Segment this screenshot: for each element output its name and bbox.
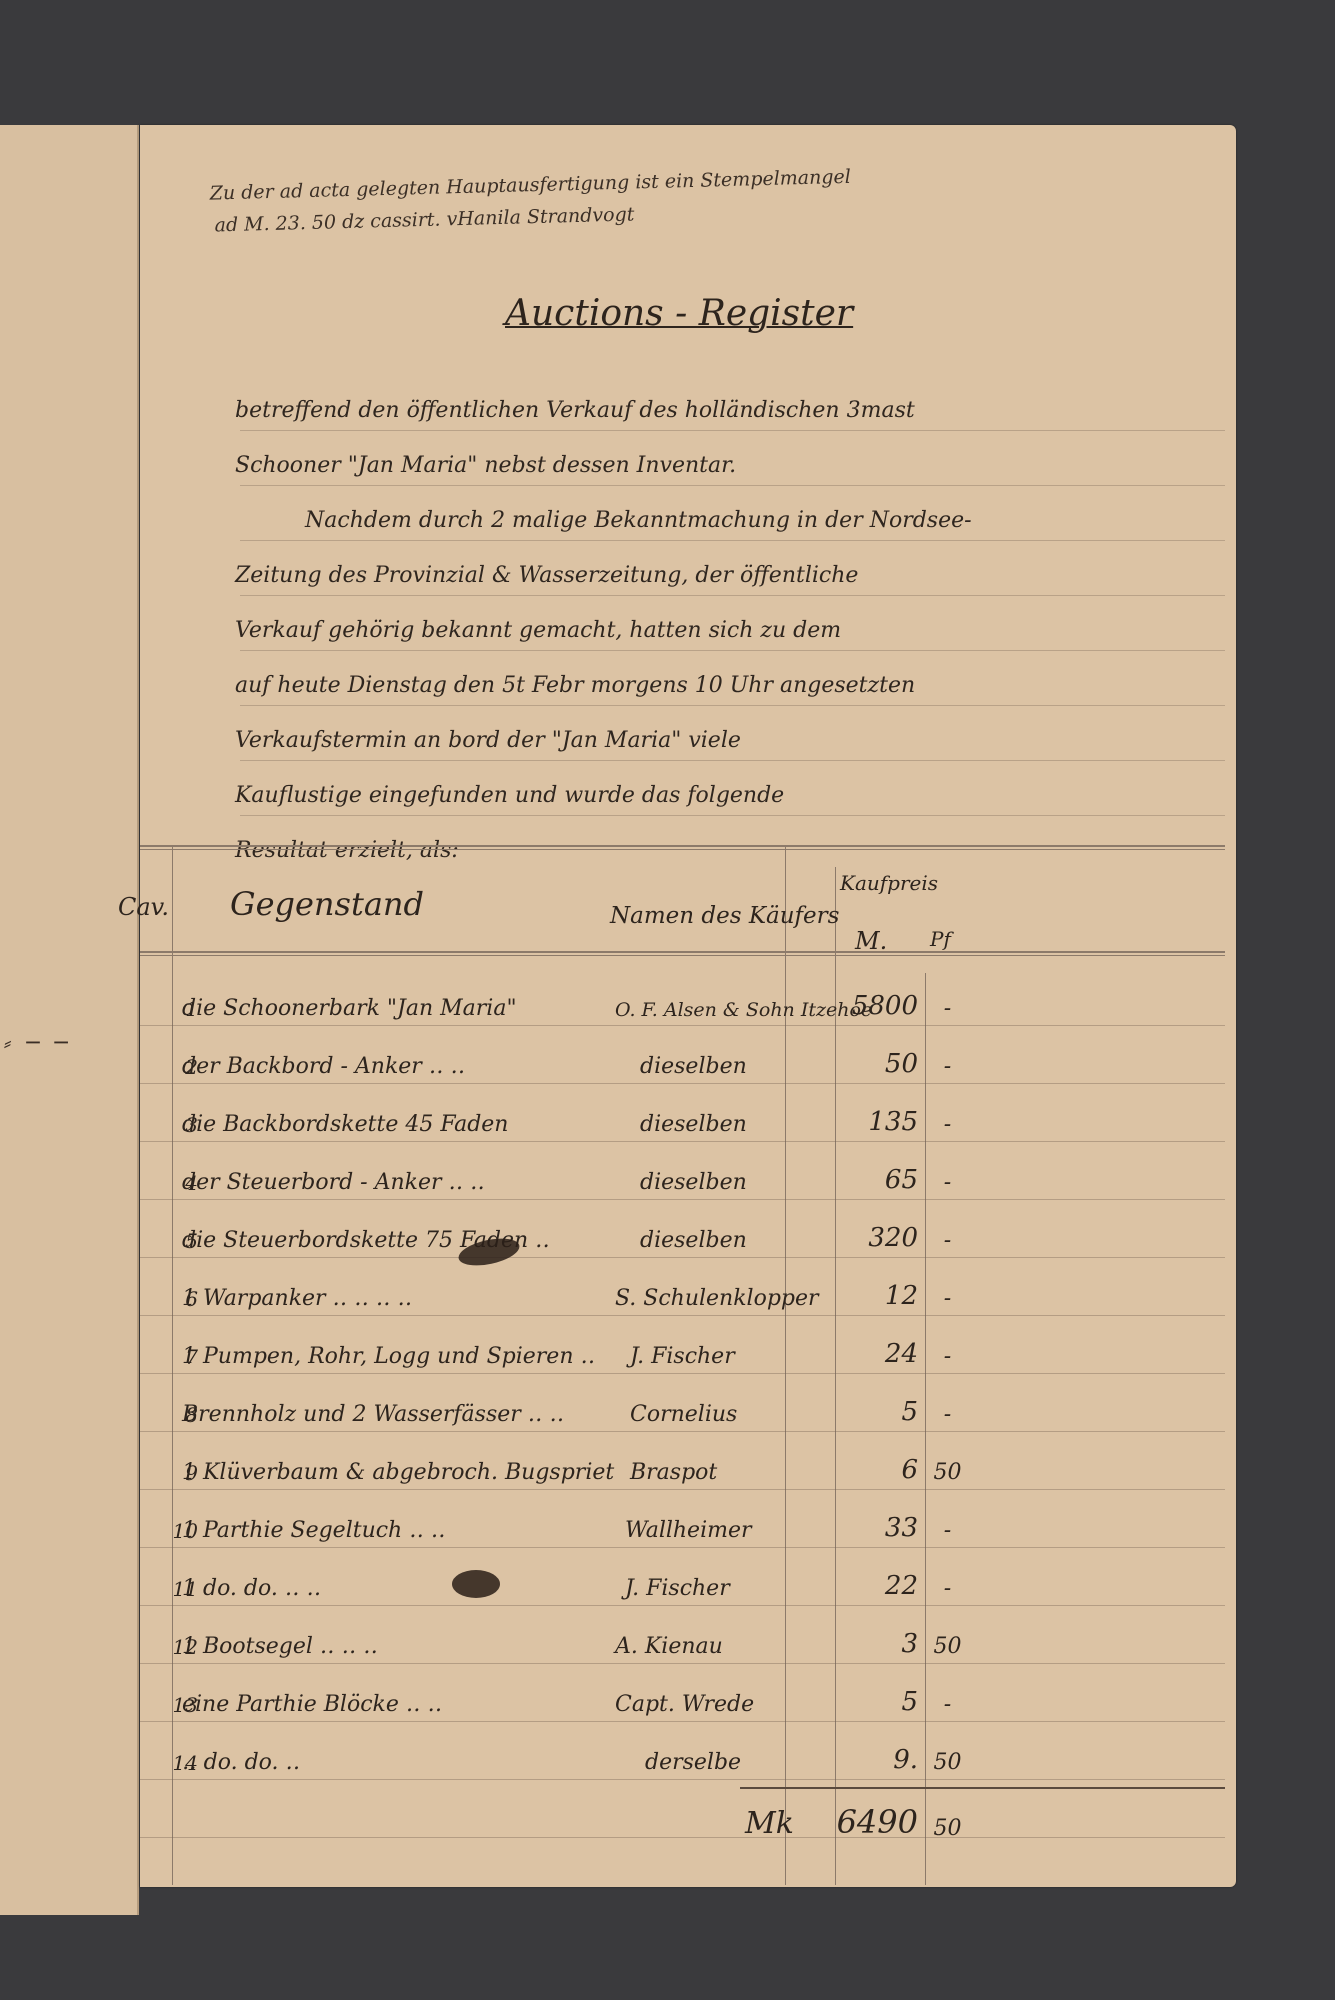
- row-price-pf: 50: [925, 1460, 970, 1485]
- row-item: Brennholz und 2 Wasserfässer ‥ ‥: [182, 1402, 564, 1427]
- row-item: 1 Klüverbaum & abgebroch. Bugspriet: [182, 1460, 614, 1485]
- auction-table: Cav. Gegenstand Namen des Käufers Kaufpr…: [140, 845, 1236, 1885]
- row-item: die Backbordskette 45 Faden: [182, 1112, 508, 1137]
- row-price-mark: 9.: [830, 1745, 918, 1775]
- intro-line: Kauflustige eingefunden und wurde das fo…: [235, 768, 1225, 823]
- header-bottom-rule-double: [140, 955, 1225, 956]
- table-row: 11 1 do. do. ‥ ‥ J. Fischer 22 -: [140, 1555, 1225, 1611]
- ink-blot: [452, 1570, 500, 1598]
- table-row: 1 die Schoonerbark "Jan Maria" O. F. Als…: [140, 975, 1225, 1031]
- row-price-mark: 135: [830, 1107, 918, 1137]
- table-row: 3 die Backbordskette 45 Faden dieselben …: [140, 1091, 1225, 1147]
- row-price-pf: -: [925, 996, 970, 1021]
- row-price-pf: -: [925, 1170, 970, 1195]
- header-mark: M.: [855, 927, 887, 955]
- table-top-rule: [140, 845, 1225, 847]
- row-buyer: A. Kienau: [615, 1634, 723, 1659]
- row-price-mark: 22: [830, 1571, 918, 1601]
- row-item: der Backbord - Anker ‥ ‥: [182, 1054, 465, 1079]
- row-buyer: S. Schulenklopper: [615, 1286, 819, 1311]
- row-item: der Steuerbord - Anker ‥ ‥: [182, 1170, 485, 1195]
- row-price-mark: 50: [830, 1049, 918, 1079]
- intro-line: Verkaufstermin an bord der "Jan Maria" v…: [235, 713, 1225, 768]
- intro-line: Verkauf gehörig bekannt gemacht, hatten …: [235, 603, 1225, 658]
- row-buyer: dieselben: [615, 1228, 747, 1253]
- row-item: 1 Bootsegel ‥ ‥ ‥: [182, 1634, 378, 1659]
- row-item: 1 Pumpen, Rohr, Logg und Spieren ‥: [182, 1344, 595, 1369]
- row-price-mark: 33: [830, 1513, 918, 1543]
- stamp-note: Zu der ad acta gelegten Hauptausfertigun…: [209, 152, 1170, 241]
- header-item: Gegenstand: [230, 885, 424, 923]
- table-row: 10 1 Parthie Segeltuch ‥ ‥ Wallheimer 33…: [140, 1497, 1225, 1553]
- row-item: eine Parthie Blöcke ‥ ‥: [182, 1692, 442, 1717]
- left-facing-page: ⸗ ─ ─: [0, 125, 139, 1915]
- row-price-pf: -: [925, 1112, 970, 1137]
- row-price-pf: -: [925, 1344, 970, 1369]
- intro-paragraph: betreffend den öffentlichen Verkauf des …: [235, 383, 1225, 878]
- row-buyer: Wallheimer: [615, 1518, 752, 1543]
- row-price-mark: 5800: [830, 991, 918, 1021]
- row-price-mark: 5: [830, 1397, 918, 1427]
- total-row: Mk 6490 50: [140, 1795, 1225, 1851]
- intro-line: Nachdem durch 2 malige Bekanntmachung in…: [235, 493, 1225, 548]
- row-price-pf: -: [925, 1228, 970, 1253]
- total-label: Mk: [745, 1806, 794, 1841]
- row-price-pf: -: [925, 1054, 970, 1079]
- row-price-mark: 65: [830, 1165, 918, 1195]
- margin-mark: ⸗ ─ ─: [4, 1030, 72, 1056]
- row-price-pf: 50: [925, 1634, 970, 1659]
- row-buyer: J. Fischer: [615, 1344, 735, 1369]
- row-price-mark: 5: [830, 1687, 918, 1717]
- intro-line: Schooner "Jan Maria" nebst dessen Invent…: [235, 438, 1225, 493]
- table-row: 13 eine Parthie Blöcke ‥ ‥ Capt. Wrede 5…: [140, 1671, 1225, 1727]
- table-row: 8 Brennholz und 2 Wasserfässer ‥ ‥ Corne…: [140, 1381, 1225, 1437]
- intro-line: Zeitung des Provinzial & Wasserzeitung, …: [235, 548, 1225, 603]
- row-price-pf: -: [925, 1402, 970, 1427]
- row-buyer: Braspot: [615, 1460, 717, 1485]
- header-no: Cav.: [118, 893, 169, 921]
- header-bottom-rule: [140, 951, 1225, 953]
- row-price-pf: -: [925, 1518, 970, 1543]
- table-row: 2 der Backbord - Anker ‥ ‥ dieselben 50 …: [140, 1033, 1225, 1089]
- intro-line: auf heute Dienstag den 5t Febr morgens 1…: [235, 658, 1225, 713]
- total-pf: 50: [925, 1816, 970, 1841]
- row-buyer: dieselben: [615, 1170, 747, 1195]
- row-item: ‥ do. do. ‥: [182, 1750, 300, 1775]
- table-row: 9 1 Klüverbaum & abgebroch. Bugspriet Br…: [140, 1439, 1225, 1495]
- row-price-mark: 24: [830, 1339, 918, 1369]
- table-row: 12 1 Bootsegel ‥ ‥ ‥ A. Kienau 3 50: [140, 1613, 1225, 1669]
- table-row: 5 die Steuerbordskette 75 Faden ‥ diesel…: [140, 1207, 1225, 1263]
- row-item: 1 do. do. ‥ ‥: [182, 1576, 321, 1601]
- row-price-mark: 320: [830, 1223, 918, 1253]
- row-price-pf: -: [925, 1286, 970, 1311]
- row-item: 1 Parthie Segeltuch ‥ ‥: [182, 1518, 446, 1543]
- header-buyer: Namen des Käufers: [610, 903, 839, 929]
- row-price-pf: -: [925, 1692, 970, 1717]
- header-pfennig: Pf: [930, 927, 951, 951]
- table-row: 4 der Steuerbord - Anker ‥ ‥ dieselben 6…: [140, 1149, 1225, 1205]
- row-price-pf: -: [925, 1576, 970, 1601]
- row-price-mark: 12: [830, 1281, 918, 1311]
- row-price-mark: 3: [830, 1629, 918, 1659]
- table-row: 6 1 Warpanker ‥ ‥ ‥ ‥ S. Schulenklopper …: [140, 1265, 1225, 1321]
- row-price-pf: 50: [925, 1750, 970, 1775]
- row-item: 1 Warpanker ‥ ‥ ‥ ‥: [182, 1286, 412, 1311]
- table-row: 7 1 Pumpen, Rohr, Logg und Spieren ‥ J. …: [140, 1323, 1225, 1379]
- auction-register-page: Zu der ad acta gelegten Hauptausfertigun…: [140, 125, 1236, 1887]
- row-buyer: Capt. Wrede: [615, 1692, 754, 1717]
- row-buyer: J. Fischer: [615, 1576, 730, 1601]
- row-buyer: Cornelius: [615, 1402, 737, 1427]
- table-row: 14 ‥ do. do. ‥ derselbe 9. 50: [140, 1729, 1225, 1785]
- row-price-mark: 6: [830, 1455, 918, 1485]
- row-buyer: dieselben: [615, 1112, 747, 1137]
- intro-line: betreffend den öffentlichen Verkauf des …: [235, 383, 1225, 438]
- row-buyer: derselbe: [615, 1750, 741, 1775]
- header-price: Kaufpreis: [840, 871, 938, 895]
- row-item: die Schoonerbark "Jan Maria": [182, 996, 517, 1021]
- row-buyer: dieselben: [615, 1054, 747, 1079]
- page-title: Auctions - Register: [505, 293, 853, 334]
- table-top-rule-double: [140, 849, 1225, 850]
- total-mark: 6490: [830, 1803, 918, 1841]
- sum-underline: [740, 1787, 1225, 1789]
